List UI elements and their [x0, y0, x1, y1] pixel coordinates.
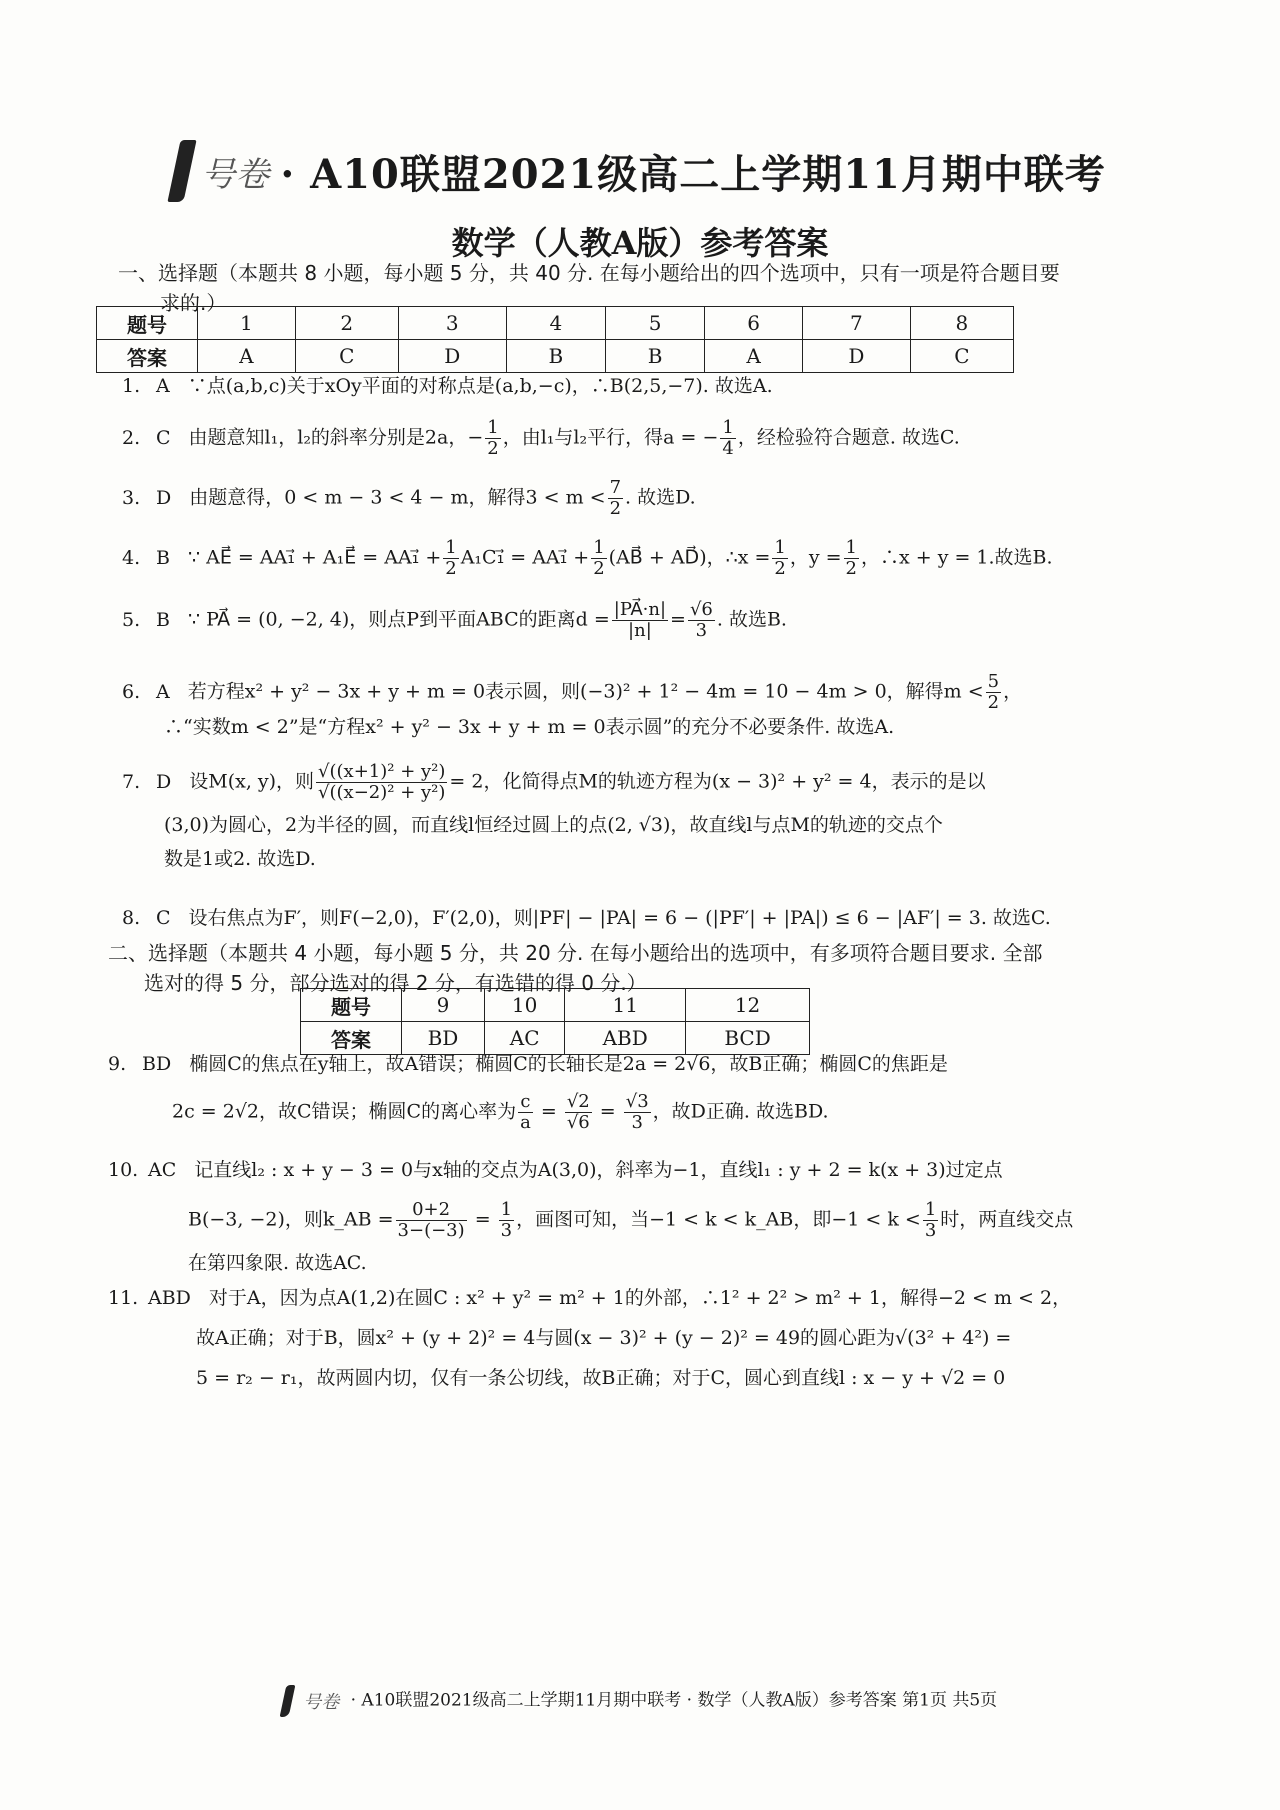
- item-text: 时，两直线交点: [940, 1209, 1073, 1231]
- denominator: 3: [624, 1113, 651, 1133]
- item-number: 8.: [122, 904, 156, 932]
- item-text: =: [670, 609, 686, 631]
- numerator: √2: [565, 1092, 592, 1113]
- fraction: √2√6: [565, 1092, 592, 1133]
- item-answer: B: [156, 606, 170, 634]
- table-cell: 4: [506, 307, 605, 340]
- item-answer: B: [156, 544, 170, 572]
- table-cell: C: [295, 340, 398, 373]
- numerator: 1: [923, 1200, 938, 1221]
- item-text-continued: 2c = 2√2，故C错误；椭圆C的离心率为ca = √2√6 = √33，故D…: [108, 1092, 1168, 1133]
- item-text: 对于A，因为点A(1,2)在圆C : x² + y² = m² + 1的外部，∴…: [209, 1287, 1071, 1309]
- item-text-continued: 5 = r₂ − r₁，故两圆内切，仅有一条公切线，故B正确；对于C，圆心到直线…: [108, 1364, 1168, 1392]
- solution-item-3: 3.D由题意得，0 < m − 3 < 4 − m，解得3 < m <72. 故…: [122, 478, 1182, 519]
- item-answer: A: [156, 678, 170, 706]
- numerator: c: [518, 1092, 533, 1113]
- item-number: 5.: [122, 606, 156, 634]
- table-cell: 11: [565, 989, 686, 1022]
- table-cell: 12: [686, 989, 810, 1022]
- numerator: 1: [844, 538, 859, 559]
- row-label: 答案: [97, 340, 198, 373]
- denominator: 2: [608, 499, 623, 519]
- fraction: 12: [772, 538, 787, 579]
- item-text: 由题意得，0 < m − 3 < 4 − m，解得3 < m <: [189, 487, 605, 509]
- item-text: = 2，化简得点M的轨迹方程为(x − 3)² + y² = 4，表示的是以: [449, 771, 985, 793]
- row-label: 题号: [97, 307, 198, 340]
- item-text: 设右焦点为F′，则F(−2,0)，F′(2,0)，则|PF| − |PA| = …: [189, 907, 1051, 929]
- fraction: 13: [499, 1200, 514, 1241]
- fraction: 72: [608, 478, 623, 519]
- numerator: 0+2: [396, 1200, 467, 1221]
- numerator: √3: [624, 1092, 651, 1113]
- section-2-answer-table: 题号 9 10 11 12 答案 BD AC ABD BCD: [300, 988, 810, 1055]
- denominator: 3: [923, 1221, 938, 1241]
- item-text-continued: 数是1或2. 故选D.: [122, 845, 1182, 873]
- solution-item-10: 10.AC记直线l₂ : x + y − 3 = 0与x轴的交点为A(3,0)，…: [108, 1156, 1168, 1277]
- table-cell: B: [506, 340, 605, 373]
- item-text: ，画图可知，当−1 < k < k_AB，即−1 < k <: [516, 1209, 921, 1231]
- table-cell: 3: [398, 307, 506, 340]
- denominator: a: [518, 1113, 533, 1133]
- denominator: 2: [443, 559, 458, 579]
- fraction: ca: [518, 1092, 533, 1133]
- table-row-numbers: 题号 1 2 3 4 5 6 7 8: [97, 307, 1014, 340]
- item-text: ，: [1003, 681, 1022, 703]
- page-footer: 号卷 · A10联盟2021级高二上学期11月期中联考 · 数学（人教A版）参考…: [0, 1685, 1280, 1717]
- item-answer: C: [156, 904, 171, 932]
- table-cell: D: [398, 340, 506, 373]
- brand-logo: 号卷: [174, 140, 269, 202]
- table-cell: B: [605, 340, 704, 373]
- item-answer: C: [156, 424, 171, 452]
- solution-item-2: 2.C由题意知l₁，l₂的斜率分别是2a，−12，由l₁与l₂平行，得a = −…: [122, 418, 1182, 459]
- denominator: 3: [688, 621, 715, 641]
- numerator: √6: [688, 600, 715, 621]
- fraction: 0+23−(−3): [396, 1200, 467, 1241]
- footer-logo-text: 号卷: [303, 1688, 339, 1714]
- fraction: 13: [923, 1200, 938, 1241]
- logo-text: 号卷: [201, 147, 269, 196]
- denominator: 2: [591, 559, 606, 579]
- item-text: 设M(x, y)，则: [189, 771, 314, 793]
- table-cell: 9: [402, 989, 485, 1022]
- document-title: · A10联盟2021级高二上学期11月期中联考: [280, 143, 1106, 200]
- item-number: 1.: [122, 372, 156, 400]
- solution-item-11: 11.ABD对于A，因为点A(1,2)在圆C : x² + y² = m² + …: [108, 1284, 1168, 1392]
- item-text: ，由l₁与l₂平行，得a = −: [503, 427, 719, 449]
- row-label: 题号: [301, 989, 402, 1022]
- denominator: 4: [720, 439, 735, 459]
- denominator: |n|: [612, 621, 668, 641]
- item-answer: ABD: [148, 1284, 191, 1312]
- item-text-continued: (3,0)为圆心，2为半径的圆，而直线l恒经过圆上的点(2, √3)，故直线l与…: [122, 811, 1182, 839]
- table-cell: 5: [605, 307, 704, 340]
- solution-item-4: 4.B∵ AE⃗ = AA₁⃗ + A₁E⃗ = AA₁⃗ +12A₁C₁⃗ =…: [122, 538, 1182, 579]
- item-text: . 故选B.: [717, 609, 787, 631]
- item-number: 11.: [108, 1284, 148, 1312]
- item-answer: D: [156, 484, 171, 512]
- table-cell: 6: [705, 307, 803, 340]
- item-text-continued: ∴“实数m < 2”是“方程x² + y² − 3x + y + m = 0表示…: [122, 713, 1182, 741]
- item-number: 9.: [108, 1050, 142, 1078]
- document-title-row: 号卷 · A10联盟2021级高二上学期11月期中联考: [0, 140, 1280, 202]
- item-text: ∵ AE⃗ = AA₁⃗ + A₁E⃗ = AA₁⃗ +: [188, 547, 441, 569]
- item-text: 记直线l₂ : x + y − 3 = 0与x轴的交点为A(3,0)，斜率为−1…: [194, 1159, 1002, 1181]
- footer-text: · A10联盟2021级高二上学期11月期中联考 · 数学（人教A版）参考答案 …: [351, 1691, 998, 1711]
- numerator: 1: [443, 538, 458, 559]
- item-text-continued: 故A正确；对于B，圆x² + (y + 2)² = 4与圆(x − 3)² + …: [108, 1324, 1168, 1352]
- numerator: 1: [591, 538, 606, 559]
- denominator: 2: [485, 439, 500, 459]
- fraction: 12: [443, 538, 458, 579]
- item-text: ，∴x + y = 1.故选B.: [861, 547, 1053, 569]
- item-text-continued: 在第四象限. 故选AC.: [108, 1249, 1168, 1277]
- table-cell: 10: [484, 989, 564, 1022]
- item-text: 由题意知l₁，l₂的斜率分别是2a，−: [189, 427, 484, 449]
- item-number: 7.: [122, 768, 156, 796]
- solution-item-5: 5.B∵ PA⃗ = (0, −2, 4)，则点P到平面ABC的距离d =|PA…: [122, 600, 1182, 641]
- table-cell: A: [705, 340, 803, 373]
- answer-key-page: 号卷 · A10联盟2021级高二上学期11月期中联考 数学（人教A版）参考答案…: [0, 0, 1280, 1810]
- fraction: 12: [485, 418, 500, 459]
- numerator: 1: [772, 538, 787, 559]
- fraction: 14: [720, 418, 735, 459]
- numerator: 7: [608, 478, 623, 499]
- table-cell: 8: [910, 307, 1013, 340]
- denominator: 3: [499, 1221, 514, 1241]
- fraction: √33: [624, 1092, 651, 1133]
- denominator: √6: [565, 1113, 592, 1133]
- section-1-answer-table: 题号 1 2 3 4 5 6 7 8 答案 A C D B B A D C: [96, 306, 1014, 373]
- solution-item-1: 1.A∵点(a,b,c)关于xOy平面的对称点是(a,b,−c)，∴B(2,5,…: [122, 372, 1182, 400]
- numerator: 1: [485, 418, 500, 439]
- table-cell: C: [910, 340, 1013, 373]
- item-text: B(−3, −2)，则k_AB =: [188, 1209, 394, 1231]
- denominator: 2: [844, 559, 859, 579]
- brush-stroke-icon: [279, 1685, 295, 1717]
- brush-stroke-icon: [168, 140, 197, 202]
- table-cell: D: [802, 340, 910, 373]
- item-text: ∵ PA⃗ = (0, −2, 4)，则点P到平面ABC的距离d =: [188, 609, 610, 631]
- numerator: |PA⃗·n|: [612, 600, 668, 621]
- table-row-numbers: 题号 9 10 11 12: [301, 989, 810, 1022]
- item-answer: D: [156, 768, 171, 796]
- item-text: (AB⃗ + AD⃗)，∴x =: [609, 547, 771, 569]
- solution-item-9: 9.BD椭圆C的焦点在y轴上，故A错误；椭圆C的长轴长是2a = 2√6，故B正…: [108, 1050, 1168, 1133]
- solution-item-6: 6.A若方程x² + y² − 3x + y + m = 0表示圆，则(−3)²…: [122, 672, 1182, 741]
- table-cell: 2: [295, 307, 398, 340]
- item-text: ，故D正确. 故选BD.: [653, 1101, 829, 1123]
- item-number: 3.: [122, 484, 156, 512]
- fraction: |PA⃗·n||n|: [612, 600, 668, 641]
- solution-item-7: 7.D设M(x, y)，则√((x+1)² + y²)√((x−2)² + y²…: [122, 762, 1182, 873]
- fraction: 12: [591, 538, 606, 579]
- item-text-continued: B(−3, −2)，则k_AB =0+23−(−3) = 13，画图可知，当−1…: [108, 1200, 1168, 1241]
- numerator: 1: [499, 1200, 514, 1221]
- denominator: √((x−2)² + y²): [316, 783, 447, 803]
- section-2-heading-line1: 二、选择题（本题共 4 小题，每小题 5 分，共 20 分. 在每小题给出的选项…: [108, 941, 1042, 965]
- item-text: ∵点(a,b,c)关于xOy平面的对称点是(a,b,−c)，∴B(2,5,−7)…: [188, 375, 773, 397]
- numerator: 1: [720, 418, 735, 439]
- denominator: 2: [772, 559, 787, 579]
- item-number: 6.: [122, 678, 156, 706]
- numerator: √((x+1)² + y²): [316, 762, 447, 783]
- item-number: 10.: [108, 1156, 148, 1184]
- denominator: 3−(−3): [396, 1221, 467, 1241]
- denominator: 2: [986, 693, 1001, 713]
- item-answer: AC: [148, 1156, 176, 1184]
- item-text: ，y =: [790, 547, 842, 569]
- item-number: 4.: [122, 544, 156, 572]
- fraction: 52: [986, 672, 1001, 713]
- footer-logo: 号卷: [283, 1685, 339, 1717]
- table-cell: 7: [802, 307, 910, 340]
- item-answer: BD: [142, 1050, 171, 1078]
- table-cell: A: [198, 340, 296, 373]
- item-text: 椭圆C的焦点在y轴上，故A错误；椭圆C的长轴长是2a = 2√6，故B正确；椭圆…: [189, 1053, 948, 1075]
- item-text: ，经检验符合题意. 故选C.: [738, 427, 960, 449]
- item-text: 2c = 2√2，故C错误；椭圆C的离心率为: [172, 1101, 516, 1123]
- item-text: 若方程x² + y² − 3x + y + m = 0表示圆，则(−3)² + …: [188, 681, 984, 703]
- table-cell: 1: [198, 307, 296, 340]
- section-1-heading-line1: 一、选择题（本题共 8 小题，每小题 5 分，共 40 分. 在每小题给出的四个…: [118, 261, 1060, 285]
- fraction: √63: [688, 600, 715, 641]
- item-text: A₁C₁⃗ = AA₁⃗ +: [461, 547, 590, 569]
- solution-item-8: 8.C设右焦点为F′，则F(−2,0)，F′(2,0)，则|PF| − |PA|…: [122, 904, 1182, 932]
- table-row-answers: 答案 A C D B B A D C: [97, 340, 1014, 373]
- item-text: . 故选D.: [625, 487, 696, 509]
- fraction: √((x+1)² + y²)√((x−2)² + y²): [316, 762, 447, 803]
- item-number: 2.: [122, 424, 156, 452]
- item-answer: A: [156, 372, 170, 400]
- numerator: 5: [986, 672, 1001, 693]
- fraction: 12: [844, 538, 859, 579]
